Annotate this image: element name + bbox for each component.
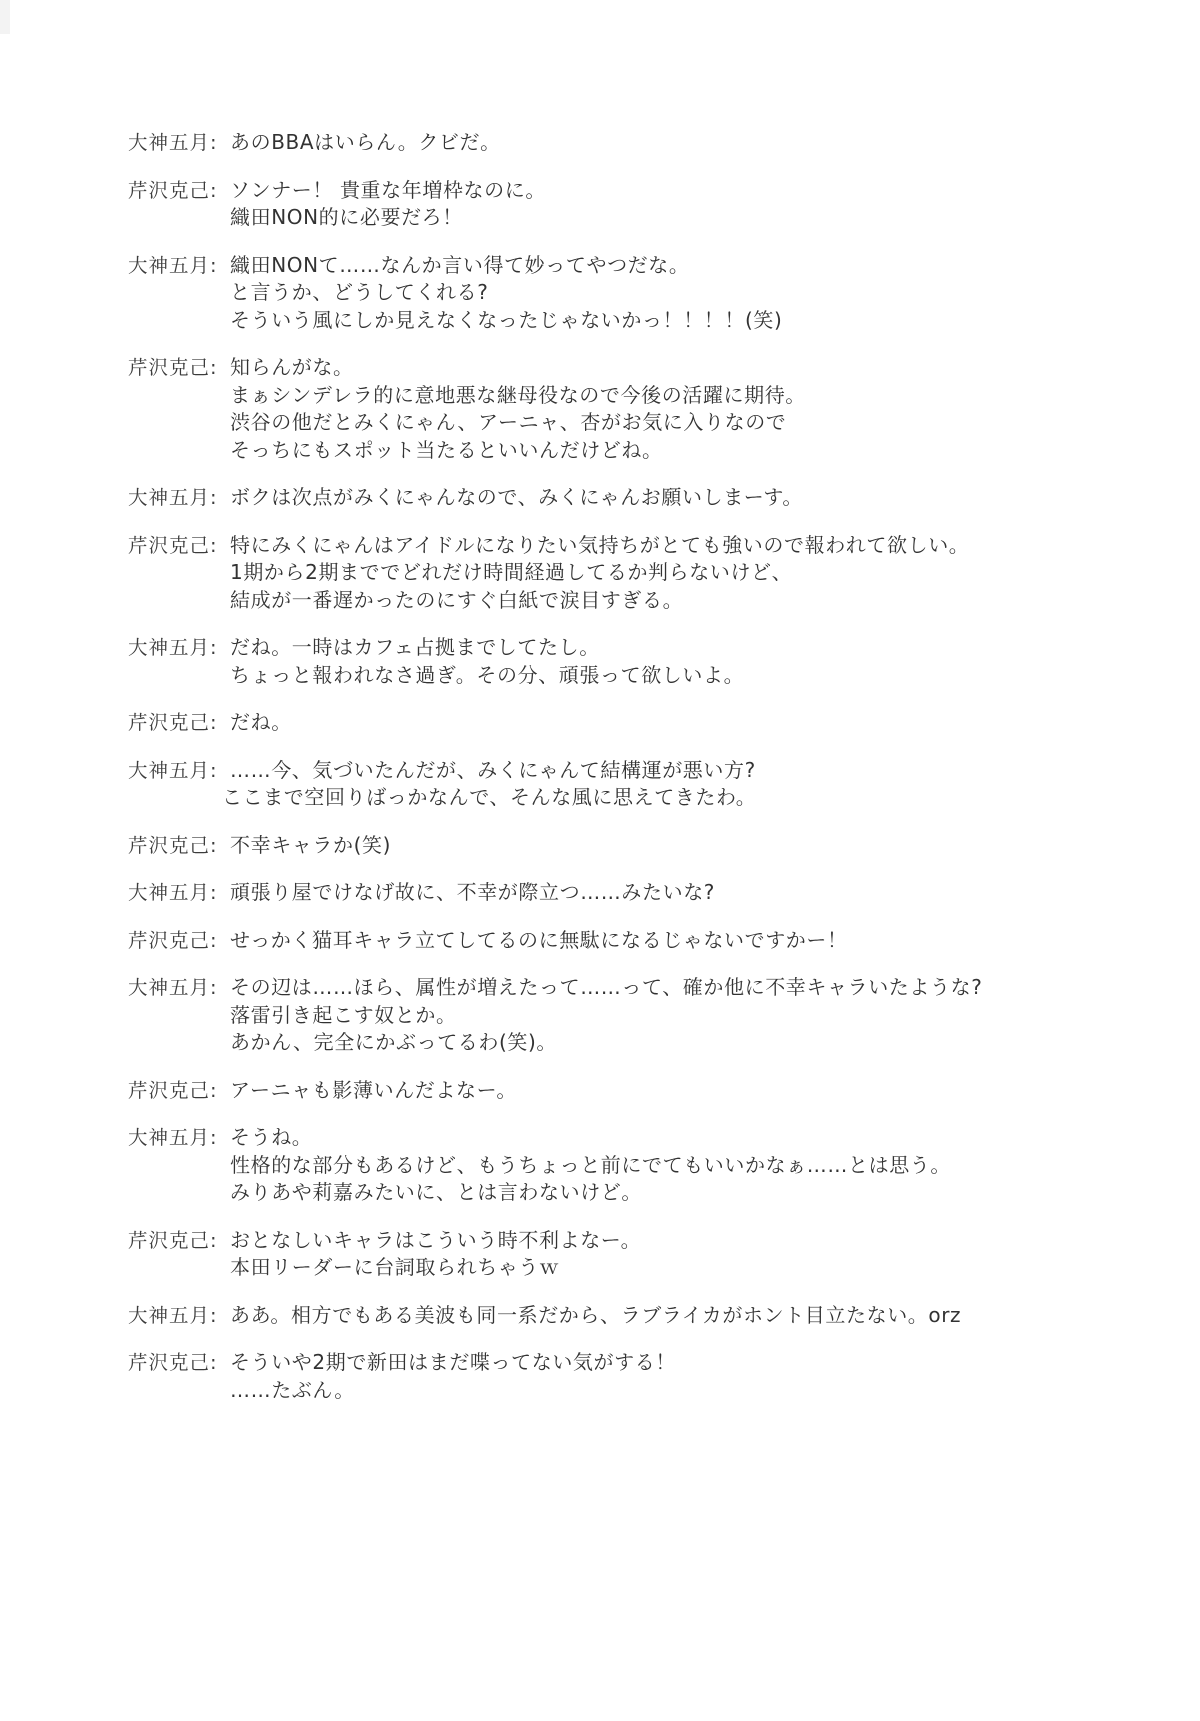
utterance-line: 不幸キャラか(笑) [230, 832, 1128, 860]
dialogue-entry: 大神五月: あのBBAはいらん。クビだ。 [128, 129, 1128, 157]
dialogue-entry: 大神五月: そうね。 性格的な部分もあるけど、もうちょっと前にでてもいいかなぁ…… [128, 1124, 1128, 1207]
utterance-line: 織田NONて……なんか言い得て妙ってやつだな。 [230, 252, 1128, 280]
utterance-line: だね。一時はカフェ占拠までしてたし。 [230, 634, 1128, 662]
utterance: ……今、気づいたんだが、みくにゃんて結構運が悪い方? ここまで空回りばっかなんで… [230, 757, 1128, 812]
dialogue-entry: 芹沢克己: おとなしいキャラはこういう時不利よなー。 本田リーダーに台詞取られち… [128, 1227, 1128, 1282]
speaker-label: 芹沢克己: [128, 709, 230, 737]
speaker-label: 芹沢克己: [128, 927, 230, 955]
dialogue-entry: 大神五月: だね。一時はカフェ占拠までしてたし。 ちょっと報われなさ過ぎ。その分… [128, 634, 1128, 689]
utterance: 頑張り屋でけなげ故に、不幸が際立つ……みたいな? [230, 879, 1128, 907]
dialogue-entry: 芹沢克己: アーニャも影薄いんだよなー。 [128, 1077, 1128, 1105]
speaker-label: 芹沢克己: [128, 532, 230, 560]
utterance-line: あのBBAはいらん。クビだ。 [230, 129, 1128, 157]
dialogue-entry: 芹沢克己: ソンナー！ 貴重な年増枠なのに。 織田NON的に必要だろ！ [128, 177, 1128, 232]
utterance-line: そういや2期で新田はまだ喋ってない気がする！ [230, 1349, 1128, 1377]
utterance-line: ……今、気づいたんだが、みくにゃんて結構運が悪い方? [230, 757, 1128, 785]
utterance-line: 性格的な部分もあるけど、もうちょっと前にでてもいいかなぁ……とは思う。 [230, 1152, 1128, 1180]
dialogue-entry: 芹沢克己: 不幸キャラか(笑) [128, 832, 1128, 860]
utterance: だね。一時はカフェ占拠までしてたし。 ちょっと報われなさ過ぎ。その分、頑張って欲… [230, 634, 1128, 689]
speaker-label: 大神五月: [128, 484, 230, 512]
utterance-line: その辺は……ほら、属性が増えたって……って、確か他に不幸キャラいたような? [230, 974, 1128, 1002]
dialogue-entry: 大神五月: ……今、気づいたんだが、みくにゃんて結構運が悪い方? ここまで空回り… [128, 757, 1128, 812]
dialogue-entry: 大神五月: 織田NONて……なんか言い得て妙ってやつだな。 と言うか、どうしてく… [128, 252, 1128, 335]
utterance-line: みりあや莉嘉みたいに、とは言わないけど。 [230, 1179, 1128, 1207]
utterance: あのBBAはいらん。クビだ。 [230, 129, 1128, 157]
speaker-label: 大神五月: [128, 1302, 230, 1330]
speaker-label: 芹沢克己: [128, 832, 230, 860]
speaker-label: 芹沢克己: [128, 177, 230, 205]
utterance-line: 頑張り屋でけなげ故に、不幸が際立つ……みたいな? [230, 879, 1128, 907]
dialogue-entry: 芹沢克己: だね。 [128, 709, 1128, 737]
utterance: だね。 [230, 709, 1128, 737]
utterance: 特にみくにゃんはアイドルになりたい気持ちがとても強いので報われて欲しい。 1期か… [230, 532, 1128, 615]
utterance-line: ソンナー！ 貴重な年増枠なのに。 [230, 177, 1128, 205]
utterance: ああ。相方でもある美波も同一系だから、ラブライカがホント目立たない。orz [230, 1302, 1128, 1330]
utterance-line: おとなしいキャラはこういう時不利よなー。 [230, 1227, 1128, 1255]
scan-edge-artifact [0, 0, 10, 34]
utterance-line: 1期から2期まででどれだけ時間経過してるか判らないけど、 [230, 559, 1128, 587]
dialogue-entry: 大神五月: 頑張り屋でけなげ故に、不幸が際立つ……みたいな? [128, 879, 1128, 907]
speaker-label: 芹沢克己: [128, 1077, 230, 1105]
speaker-label: 大神五月: [128, 757, 230, 785]
speaker-label: 大神五月: [128, 129, 230, 157]
dialogue-entry: 芹沢克己: そういや2期で新田はまだ喋ってない気がする！ ……たぶん。 [128, 1349, 1128, 1404]
utterance-line: 本田リーダーに台詞取られちゃうｗ [230, 1254, 1128, 1282]
utterance-line: ここまで空回りばっかなんで、そんな風に思えてきたわ。 [222, 784, 1128, 812]
utterance: せっかく猫耳キャラ立てしてるのに無駄になるじゃないですかー！ [230, 927, 1128, 955]
speaker-label: 大神五月: [128, 252, 230, 280]
dialogue-entry: 大神五月: ボクは次点がみくにゃんなので、みくにゃんお願いしまーす。 [128, 484, 1128, 512]
speaker-label: 大神五月: [128, 974, 230, 1002]
utterance-line: ちょっと報われなさ過ぎ。その分、頑張って欲しいよ。 [230, 662, 1128, 690]
utterance-line: そうね。 [230, 1124, 1128, 1152]
utterance-line: 知らんがな。 [230, 354, 1128, 382]
utterance: アーニャも影薄いんだよなー。 [230, 1077, 1128, 1105]
document-page: 大神五月: あのBBAはいらん。クビだ。 芹沢克己: ソンナー！ 貴重な年増枠な… [0, 0, 1200, 1721]
utterance-line: まぁシンデレラ的に意地悪な継母役なので今後の活躍に期待。 [230, 382, 1128, 410]
dialogue-transcript: 大神五月: あのBBAはいらん。クビだ。 芹沢克己: ソンナー！ 貴重な年増枠な… [128, 129, 1128, 1424]
utterance: そういや2期で新田はまだ喋ってない気がする！ ……たぶん。 [230, 1349, 1128, 1404]
utterance-line: 織田NON的に必要だろ！ [230, 204, 1128, 232]
utterance: 知らんがな。 まぁシンデレラ的に意地悪な継母役なので今後の活躍に期待。 渋谷の他… [230, 354, 1128, 464]
speaker-label: 大神五月: [128, 1124, 230, 1152]
speaker-label: 芹沢克己: [128, 354, 230, 382]
speaker-label: 芹沢克己: [128, 1227, 230, 1255]
dialogue-entry: 芹沢克己: せっかく猫耳キャラ立てしてるのに無駄になるじゃないですかー！ [128, 927, 1128, 955]
utterance-line: あかん、完全にかぶってるわ(笑)。 [230, 1029, 1128, 1057]
utterance: おとなしいキャラはこういう時不利よなー。 本田リーダーに台詞取られちゃうｗ [230, 1227, 1128, 1282]
utterance-line: アーニャも影薄いんだよなー。 [230, 1077, 1128, 1105]
speaker-label: 芹沢克己: [128, 1349, 230, 1377]
utterance-line: ……たぶん。 [230, 1377, 1128, 1405]
utterance-line: ボクは次点がみくにゃんなので、みくにゃんお願いしまーす。 [230, 484, 1128, 512]
dialogue-entry: 芹沢克己: 特にみくにゃんはアイドルになりたい気持ちがとても強いので報われて欲し… [128, 532, 1128, 615]
utterance-line: そういう風にしか見えなくなったじゃないかっ！！！！(笑) [230, 307, 1128, 335]
utterance-line: せっかく猫耳キャラ立てしてるのに無駄になるじゃないですかー！ [230, 927, 1128, 955]
dialogue-entry: 大神五月: ああ。相方でもある美波も同一系だから、ラブライカがホント目立たない。… [128, 1302, 1128, 1330]
utterance-line: 渋谷の他だとみくにゃん、アーニャ、杏がお気に入りなので [230, 409, 1128, 437]
dialogue-entry: 大神五月: その辺は……ほら、属性が増えたって……って、確か他に不幸キャラいたよ… [128, 974, 1128, 1057]
utterance-line: と言うか、どうしてくれる? [230, 279, 1128, 307]
utterance: その辺は……ほら、属性が増えたって……って、確か他に不幸キャラいたような? 落雷… [230, 974, 1128, 1057]
utterance-line: そっちにもスポット当たるといいんだけどね。 [230, 437, 1128, 465]
utterance-line: 落雷引き起こす奴とか。 [230, 1002, 1128, 1030]
dialogue-entry: 芹沢克己: 知らんがな。 まぁシンデレラ的に意地悪な継母役なので今後の活躍に期待… [128, 354, 1128, 464]
utterance: 不幸キャラか(笑) [230, 832, 1128, 860]
utterance-line: ああ。相方でもある美波も同一系だから、ラブライカがホント目立たない。orz [230, 1302, 1128, 1330]
speaker-label: 大神五月: [128, 634, 230, 662]
utterance: ソンナー！ 貴重な年増枠なのに。 織田NON的に必要だろ！ [230, 177, 1128, 232]
utterance: ボクは次点がみくにゃんなので、みくにゃんお願いしまーす。 [230, 484, 1128, 512]
utterance: そうね。 性格的な部分もあるけど、もうちょっと前にでてもいいかなぁ……とは思う。… [230, 1124, 1128, 1207]
speaker-label: 大神五月: [128, 879, 230, 907]
utterance-line: 結成が一番遅かったのにすぐ白紙で涙目すぎる。 [230, 587, 1128, 615]
utterance-line: 特にみくにゃんはアイドルになりたい気持ちがとても強いので報われて欲しい。 [230, 532, 1128, 560]
utterance-line: だね。 [230, 709, 1128, 737]
utterance: 織田NONて……なんか言い得て妙ってやつだな。 と言うか、どうしてくれる? そう… [230, 252, 1128, 335]
